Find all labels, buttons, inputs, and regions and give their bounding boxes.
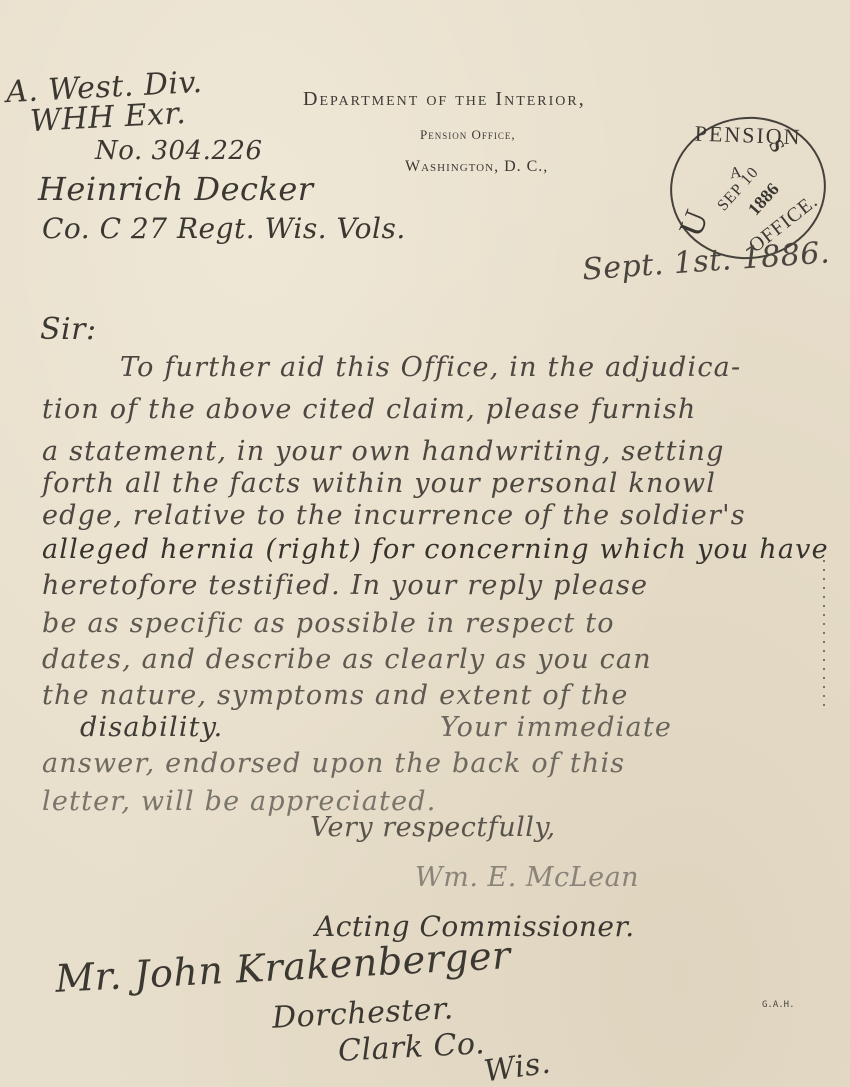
body-line: the nature, symptoms and extent of the	[42, 680, 629, 711]
body-line: To further aid this Office, in the adjud…	[120, 352, 741, 383]
body-line: disability.	[80, 712, 223, 743]
body-line: heretofore testified. In your reply plea…	[42, 570, 648, 601]
signature: Wm. E. McLean	[415, 862, 639, 893]
body-line: dates, and describe as clearly as you ca…	[42, 644, 652, 675]
body-line: answer, endorsed upon the back of this	[42, 748, 625, 779]
body-line: Your immediate	[440, 712, 672, 743]
soldier-name: Heinrich Decker	[38, 170, 314, 208]
letterhead-office: Pension Office,	[420, 127, 516, 143]
clerk-initials: G.A.H.	[762, 1000, 795, 1010]
letterhead-department: Department of the Interior,	[303, 88, 586, 111]
body-line: a statement, in your own handwriting, se…	[42, 436, 725, 467]
claim-number: No. 304.226	[95, 136, 263, 166]
body-line: tion of the above cited claim, please fu…	[42, 394, 696, 425]
closing: Very respectfully,	[310, 812, 556, 843]
salutation: Sir:	[40, 312, 97, 347]
margin-dots	[823, 560, 825, 710]
soldier-unit: Co. C 27 Regt. Wis. Vols.	[42, 212, 406, 245]
body-line: alleged hernia (right) for concerning wh…	[42, 534, 829, 565]
body-line: forth all the facts within your personal…	[42, 468, 716, 499]
body-line: edge, relative to the incurrence of the …	[42, 500, 746, 531]
letterhead-city: Washington, D. C.,	[405, 158, 548, 176]
body-line: be as specific as possible in respect to	[42, 608, 615, 639]
